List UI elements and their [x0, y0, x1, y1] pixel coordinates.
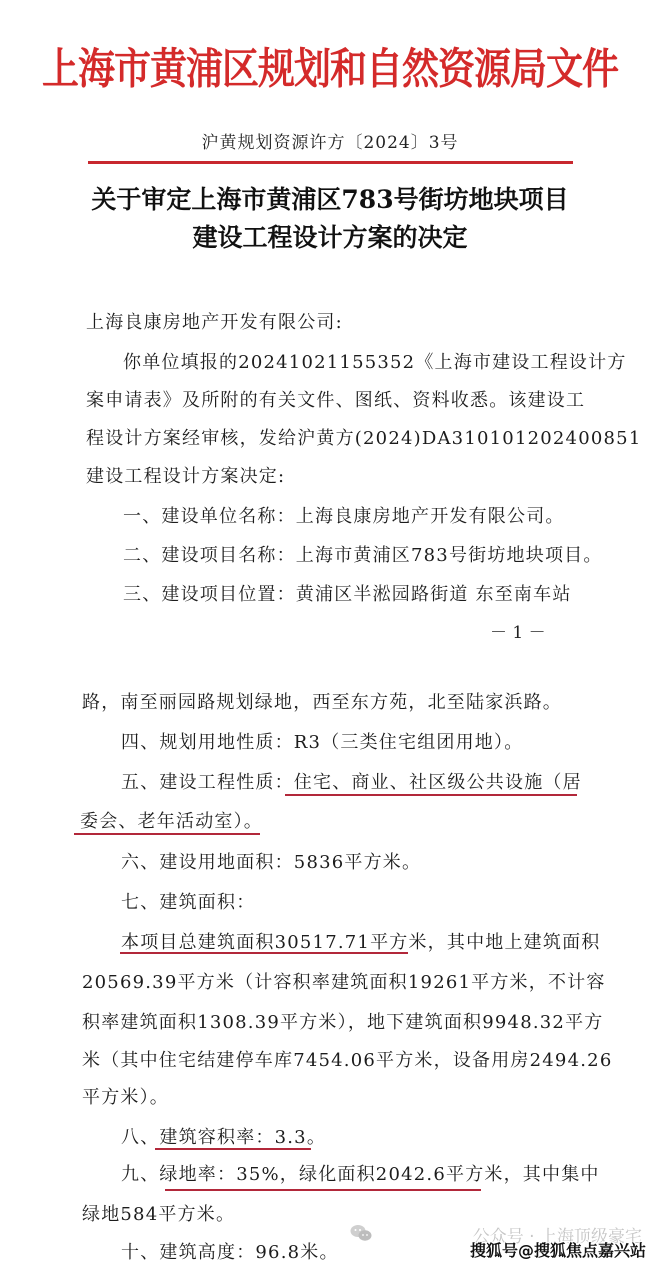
item-7-line-2: 20569.39平方米（计容积率建筑面积19261平方米，不计容	[82, 968, 606, 994]
wechat-icon	[350, 1224, 372, 1242]
intro-line-2: 案申请表》及所附的有关文件、图纸、资料收悉。该建设工	[86, 386, 585, 412]
decision-title-line1: 关于审定上海市黄浦区783号街坊地块项目	[0, 180, 660, 216]
item-7-line-3: 积率建筑面积1308.39平方米），地下建筑面积9948.32平方	[82, 1008, 603, 1034]
highlight-underline	[74, 833, 260, 835]
item-5-nature-line1: 五、建设工程性质：住宅、商业、社区级公共设施（居	[121, 768, 582, 794]
item-2-project-name: 二、建设项目名称：上海市黄浦区783号街坊地块项目。	[123, 541, 603, 567]
item-9-green-line2: 绿地584平方米。	[82, 1200, 235, 1226]
document-number: 沪黄规划资源许方〔2024〕3号	[0, 128, 660, 153]
addressee: 上海良康房地产开发有限公司:	[86, 308, 343, 334]
decision-title-line2: 建设工程设计方案的决定	[0, 218, 660, 254]
item-7-line-1: 本项目总建筑面积30517.71平方米，其中地上建筑面积	[121, 928, 601, 954]
intro-line-3: 程设计方案经审核，发给沪黄方(2024)DA310101202400851	[86, 424, 641, 450]
item-9-green-line1: 九、绿地率：35%，绿化面积2042.6平方米，其中集中	[121, 1160, 600, 1186]
header-red-rule	[88, 161, 573, 164]
page-number: － 1 －	[490, 618, 546, 643]
item-10-height: 十、建筑高度：96.8米。	[121, 1238, 339, 1264]
intro-line-1: 你单位填报的20241021155352《上海市建设工程设计方	[123, 348, 627, 374]
item-5-nature-line2: 委会、老年活动室）。	[80, 807, 263, 833]
item-3-location-line1: 三、建设项目位置：黄浦区半淞园路街道 东至南车站	[123, 580, 572, 606]
item-1-builder: 一、建设单位名称：上海良康房地产开发有限公司。	[123, 502, 565, 528]
item-7-line-5: 平方米）。	[82, 1083, 169, 1109]
highlight-underline	[155, 1148, 311, 1150]
item-7-heading: 七、建筑面积：	[121, 888, 255, 914]
item-4-land-use: 四、规划用地性质：R3（三类住宅组团用地）。	[121, 728, 523, 754]
highlight-underline	[285, 794, 577, 796]
issuer-title: 上海市黄浦区规划和自然资源局文件	[0, 34, 660, 96]
watermark-sohu: 搜狐号@搜狐焦点嘉兴站	[470, 1241, 646, 1260]
intro-line-4: 建设工程设计方案决定:	[86, 462, 285, 488]
highlight-underline	[165, 1189, 481, 1191]
item-6-land-area: 六、建设用地面积：5836平方米。	[121, 848, 421, 874]
item-7-line-4: 米（其中住宅结建停车库7454.06平方米，设备用房2494.26	[82, 1046, 612, 1072]
highlight-underline	[120, 952, 408, 954]
item-3-location-line2: 路，南至丽园路规划绿地，西至东方苑，北至陆家浜路。	[82, 688, 562, 714]
item-8-plot-ratio: 八、建筑容积率：3.3。	[121, 1123, 326, 1149]
watermark: 公众号 · 上海顶级豪宅 搜狐号@搜狐焦点嘉兴站	[470, 1238, 646, 1261]
